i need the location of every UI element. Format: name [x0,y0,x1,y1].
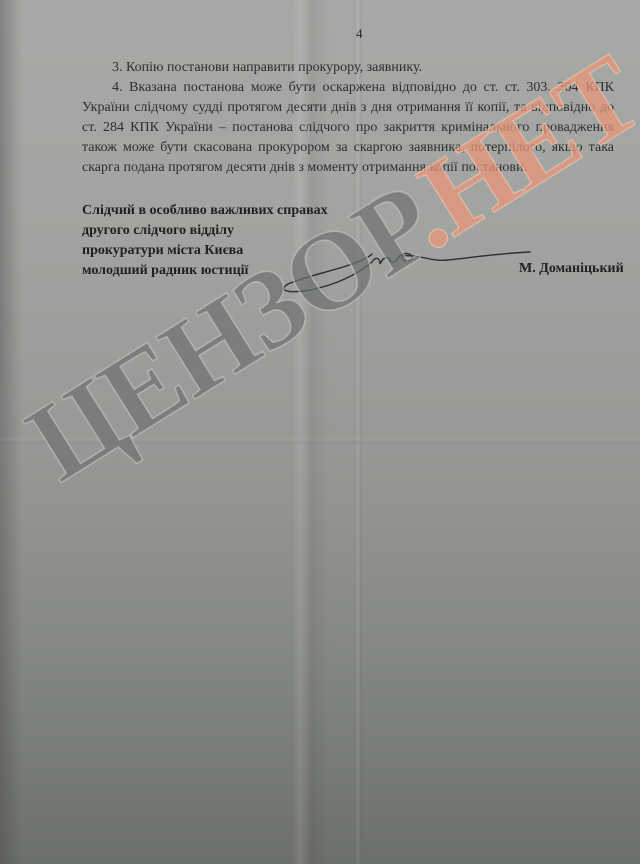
signatory-name: М. Доманіцький [519,261,624,277]
page-number: 4 [356,26,363,42]
signatory-title-line: Слідчий в особливо важливих справах [82,201,328,221]
